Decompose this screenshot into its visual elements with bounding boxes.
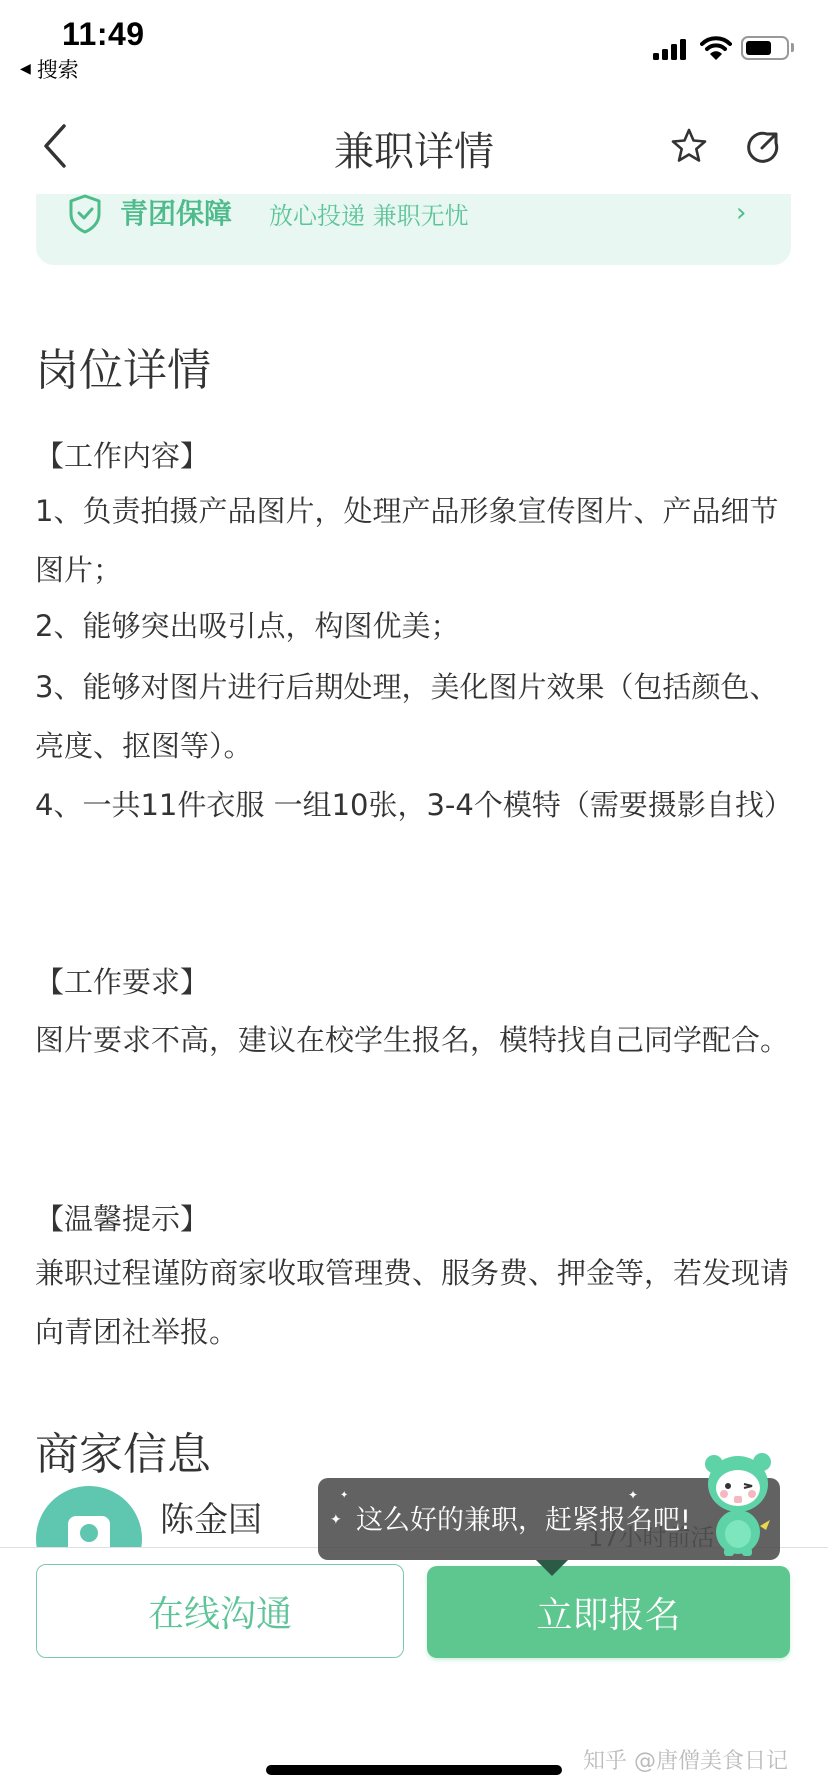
watermark: 知乎 @唐僧美食日记: [583, 1744, 788, 1775]
job-detail-title: 岗位详情: [35, 334, 211, 398]
sparkle-icon: ✦: [330, 1512, 342, 1528]
section-heading-work-content: 【工作内容】: [35, 434, 209, 475]
apply-now-button[interactable]: 立即报名: [427, 1566, 790, 1658]
battery-tip: [791, 43, 794, 52]
section-heading-requirements: 【工作要求】: [35, 960, 209, 1001]
battery-icon: [741, 36, 789, 60]
work-content-line-4: 4、一共11件衣服 一组10张，3-4个模特（需要摄影自找）: [35, 776, 795, 835]
wifi-icon: [700, 34, 732, 62]
merchant-section-title: 商家信息: [35, 1418, 211, 1482]
tooltip-text: 这么好的兼职，赶紧报名吧!: [356, 1498, 691, 1537]
work-content-line-2: 2、能够突出吸引点，构图优美；: [35, 597, 795, 656]
star-icon[interactable]: [670, 127, 708, 165]
guarantee-banner[interactable]: 青团保障 放心投递 兼职无忧 ›: [36, 194, 791, 265]
share-icon[interactable]: [745, 129, 781, 165]
tips-text: 兼职过程谨防商家收取管理费、服务费、押金等，若发现请向青团社举报。: [35, 1244, 795, 1362]
status-time: 11:49: [62, 16, 145, 53]
sparkle-icon: ✦: [340, 1490, 348, 1501]
banner-brand: 青团保障: [120, 192, 232, 232]
home-indicator[interactable]: [266, 1765, 562, 1775]
work-content-line-3: 3、能够对图片进行后期处理，美化图片效果（包括颜色、亮度、抠图等）。: [35, 658, 795, 776]
work-content-line-1: 1、负责拍摄产品图片，处理产品形象宣传图片、产品细节图片；: [35, 482, 795, 600]
back-to-app-button[interactable]: ◀ 搜索: [20, 54, 79, 84]
section-heading-tips: 【温馨提示】: [35, 1197, 209, 1238]
banner-slogan: 放心投递 兼职无忧: [269, 196, 469, 231]
chevron-right-icon: ›: [736, 198, 746, 228]
mascot-icon: [700, 1450, 780, 1558]
merchant-name: 陈金国: [160, 1492, 262, 1541]
online-chat-button[interactable]: 在线沟通: [36, 1564, 404, 1658]
requirements-text: 图片要求不高，建议在校学生报名，模特找自己同学配合。: [35, 1011, 795, 1070]
back-triangle-icon: ◀: [20, 61, 31, 77]
signal-icon: [653, 38, 691, 60]
avatar-head-shape: [80, 1524, 98, 1542]
tooltip-arrow: [536, 1560, 568, 1576]
shield-check-icon: [68, 194, 102, 234]
back-app-label: 搜索: [37, 54, 79, 84]
